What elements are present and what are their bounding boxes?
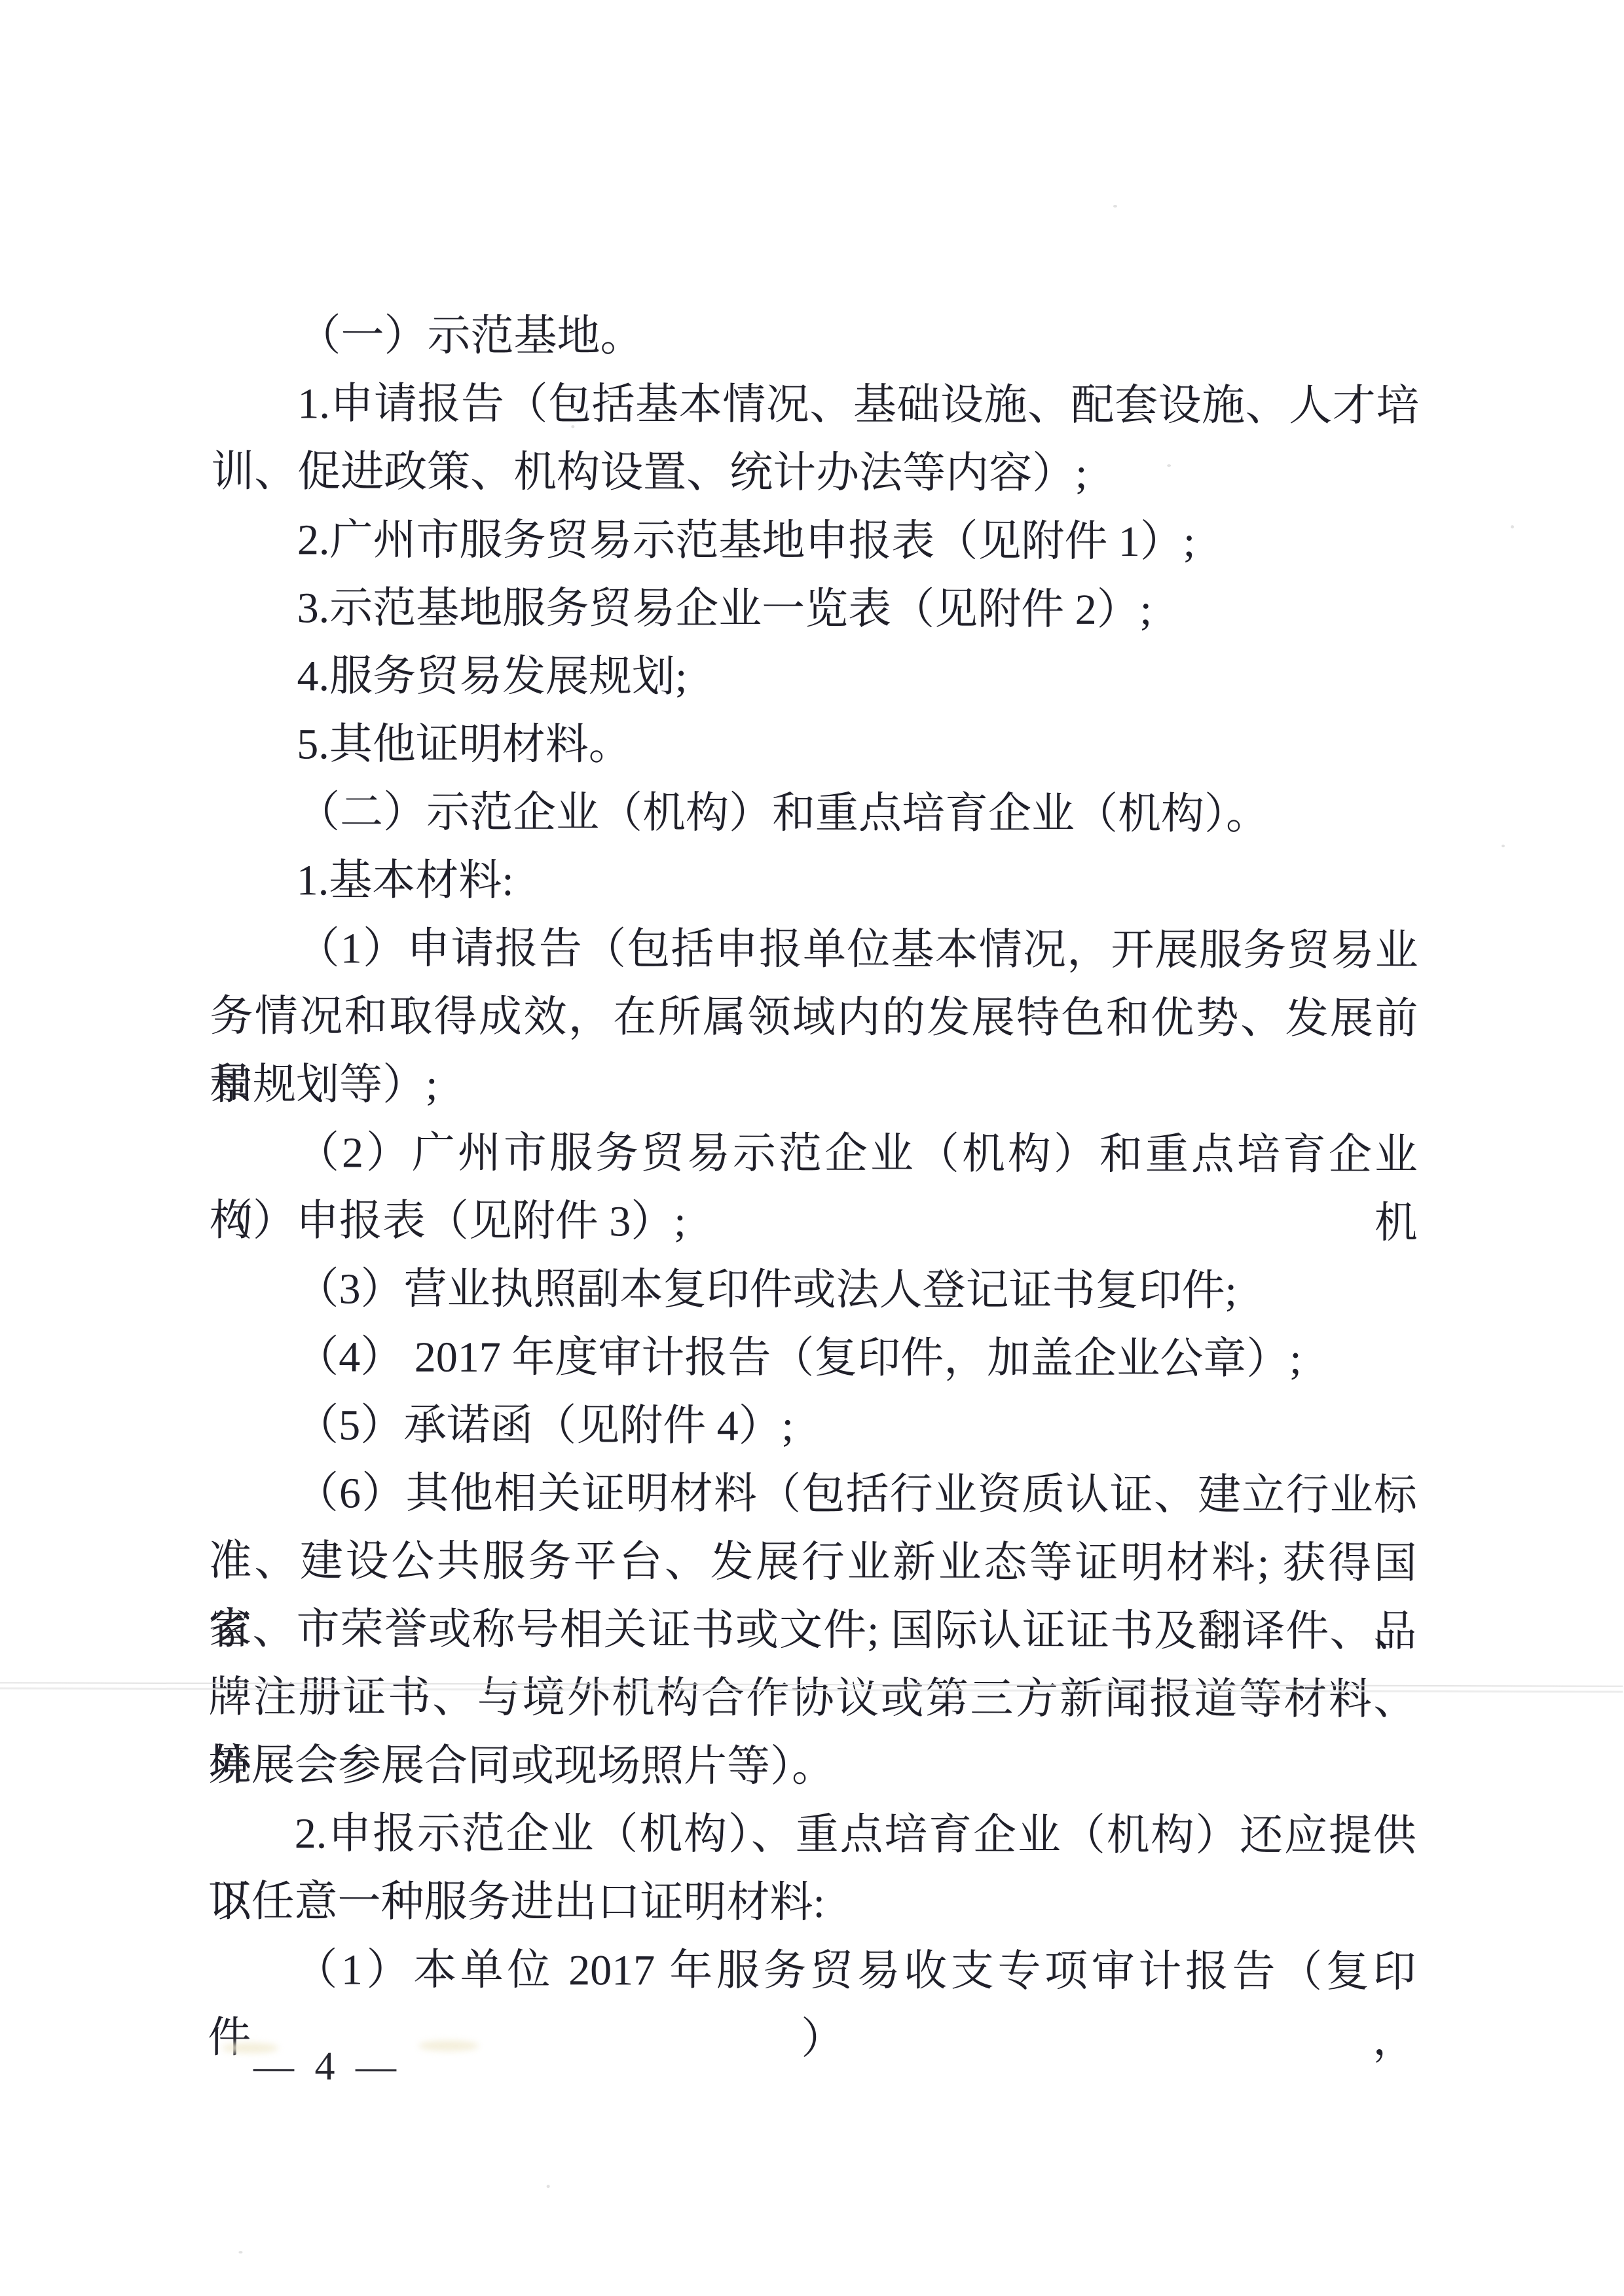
document-page: （一）示范基地。 1.申请报告（包括基本情况、基础设施、配套设施、人才培 训、促… bbox=[0, 0, 1624, 2296]
paragraph-section-1-heading: （一）示范基地。 bbox=[211, 302, 1419, 373]
text-line: 2.广州市服务贸易示范基地申报表（见附件 1）; bbox=[211, 506, 1419, 577]
paragraph-item-3: 3.示范基地服务贸易企业一览表（见附件 2）; bbox=[211, 574, 1419, 645]
scan-speck bbox=[571, 425, 574, 428]
paragraph-audit-report-item: （1）本单位 2017 年服务贸易收支专项审计报告（复印件）， bbox=[208, 1936, 1416, 2007]
paragraph-subitem-4: （4） 2017 年度审计报告（复印件，加盖企业公章）; bbox=[209, 1323, 1417, 1394]
paragraph-item-1: 1.申请报告（包括基本情况、基础设施、配套设施、人才培 训、促进政策、机构设置、… bbox=[211, 370, 1419, 509]
text-line: 外展会参展合同或现场照片等）。 bbox=[208, 1732, 1416, 1802]
text-line: （1）申请报告（包括申报单位基本情况，开展服务贸易业 bbox=[210, 915, 1418, 985]
text-line: 3.示范基地服务贸易企业一览表（见附件 2）; bbox=[211, 574, 1419, 645]
scan-smudge bbox=[418, 2041, 479, 2051]
text-line: 省、市荣誉或称号相关证书或文件; 国际认证证书及翻译件、品 bbox=[208, 1595, 1416, 1666]
text-line: （6）其他相关证明材料（包括行业资质认证、建立行业标 bbox=[209, 1459, 1417, 1530]
paragraph-item-2: 2.广州市服务贸易示范基地申报表（见附件 1）; bbox=[211, 506, 1419, 577]
scan-speck bbox=[1113, 205, 1117, 208]
paragraph-section-2-heading: （二）示范企业（机构）和重点培育企业（机构）。 bbox=[210, 778, 1418, 849]
paragraph-item-4: 4.服务贸易发展规划; bbox=[210, 642, 1418, 713]
scan-speck bbox=[238, 2251, 242, 2253]
scan-speck bbox=[547, 2185, 550, 2188]
text-line: 5.其他证明材料。 bbox=[210, 710, 1418, 781]
scan-speck bbox=[1502, 845, 1505, 847]
text-line: （3）营业执照副本复印件或法人登记证书复印件; bbox=[209, 1255, 1417, 1326]
text-line: （2）广州市服务贸易示范企业（机构）和重点培育企业（机 bbox=[210, 1119, 1418, 1190]
paragraph-item2-intro: 2.申报示范企业（机构）、重点培育企业（机构）还应提供以 下任意一种服务进出口证… bbox=[208, 1800, 1416, 1939]
paragraph-subitem-5: （5）承诺函（见附件 4）; bbox=[209, 1391, 1417, 1462]
text-line: 1.申请报告（包括基本情况、基础设施、配套设施、人才培 bbox=[211, 370, 1419, 441]
text-line: （5）承诺函（见附件 4）; bbox=[209, 1391, 1417, 1462]
paragraph-subitem-1: （1）申请报告（包括申报单位基本情况，开展服务贸易业 务情况和取得成效，在所属领… bbox=[210, 915, 1418, 1121]
text-line: 和规划等）; bbox=[210, 1051, 1418, 1121]
paragraph-subitem-6: （6）其他相关证明材料（包括行业资质认证、建立行业标 准、建设公共服务平台、发展… bbox=[208, 1459, 1417, 1802]
page-number: — 4 — bbox=[253, 2040, 401, 2092]
text-line: 2.申报示范企业（机构）、重点培育企业（机构）还应提供以 bbox=[208, 1800, 1416, 1870]
text-line: 务情况和取得成效，在所属领域内的发展特色和优势、发展前景 bbox=[210, 983, 1418, 1053]
text-line: 下任意一种服务进出口证明材料: bbox=[208, 1868, 1416, 1939]
paragraph-basic-materials-heading: 1.基本材料: bbox=[210, 847, 1418, 917]
scan-speck bbox=[1167, 464, 1171, 467]
text-line: （一）示范基地。 bbox=[211, 302, 1419, 373]
text-line: 牌注册证书、与境外机构合作协议或第三方新闻报道等材料、境 bbox=[208, 1664, 1416, 1734]
paragraph-subitem-2: （2）广州市服务贸易示范企业（机构）和重点培育企业（机 构）申报表（见附件 3）… bbox=[210, 1119, 1418, 1258]
document-body: （一）示范基地。 1.申请报告（包括基本情况、基础设施、配套设施、人才培 训、促… bbox=[208, 302, 1419, 2007]
text-line: 1.基本材料: bbox=[210, 847, 1418, 917]
text-line: 训、促进政策、机构设置、统计办法等内容）; bbox=[211, 438, 1419, 509]
text-line: 4.服务贸易发展规划; bbox=[210, 642, 1418, 713]
text-line: 准、建设公共服务平台、发展行业新业态等证明材料; 获得国家、 bbox=[209, 1527, 1417, 1598]
text-line: （4） 2017 年度审计报告（复印件，加盖企业公章）; bbox=[209, 1323, 1417, 1394]
paragraph-subitem-3: （3）营业执照副本复印件或法人登记证书复印件; bbox=[209, 1255, 1417, 1326]
text-line: （二）示范企业（机构）和重点培育企业（机构）。 bbox=[210, 778, 1418, 849]
scan-speck bbox=[1511, 525, 1514, 528]
paragraph-item-5: 5.其他证明材料。 bbox=[210, 710, 1418, 781]
text-line: （1）本单位 2017 年服务贸易收支专项审计报告（复印件）， bbox=[208, 1936, 1416, 2007]
